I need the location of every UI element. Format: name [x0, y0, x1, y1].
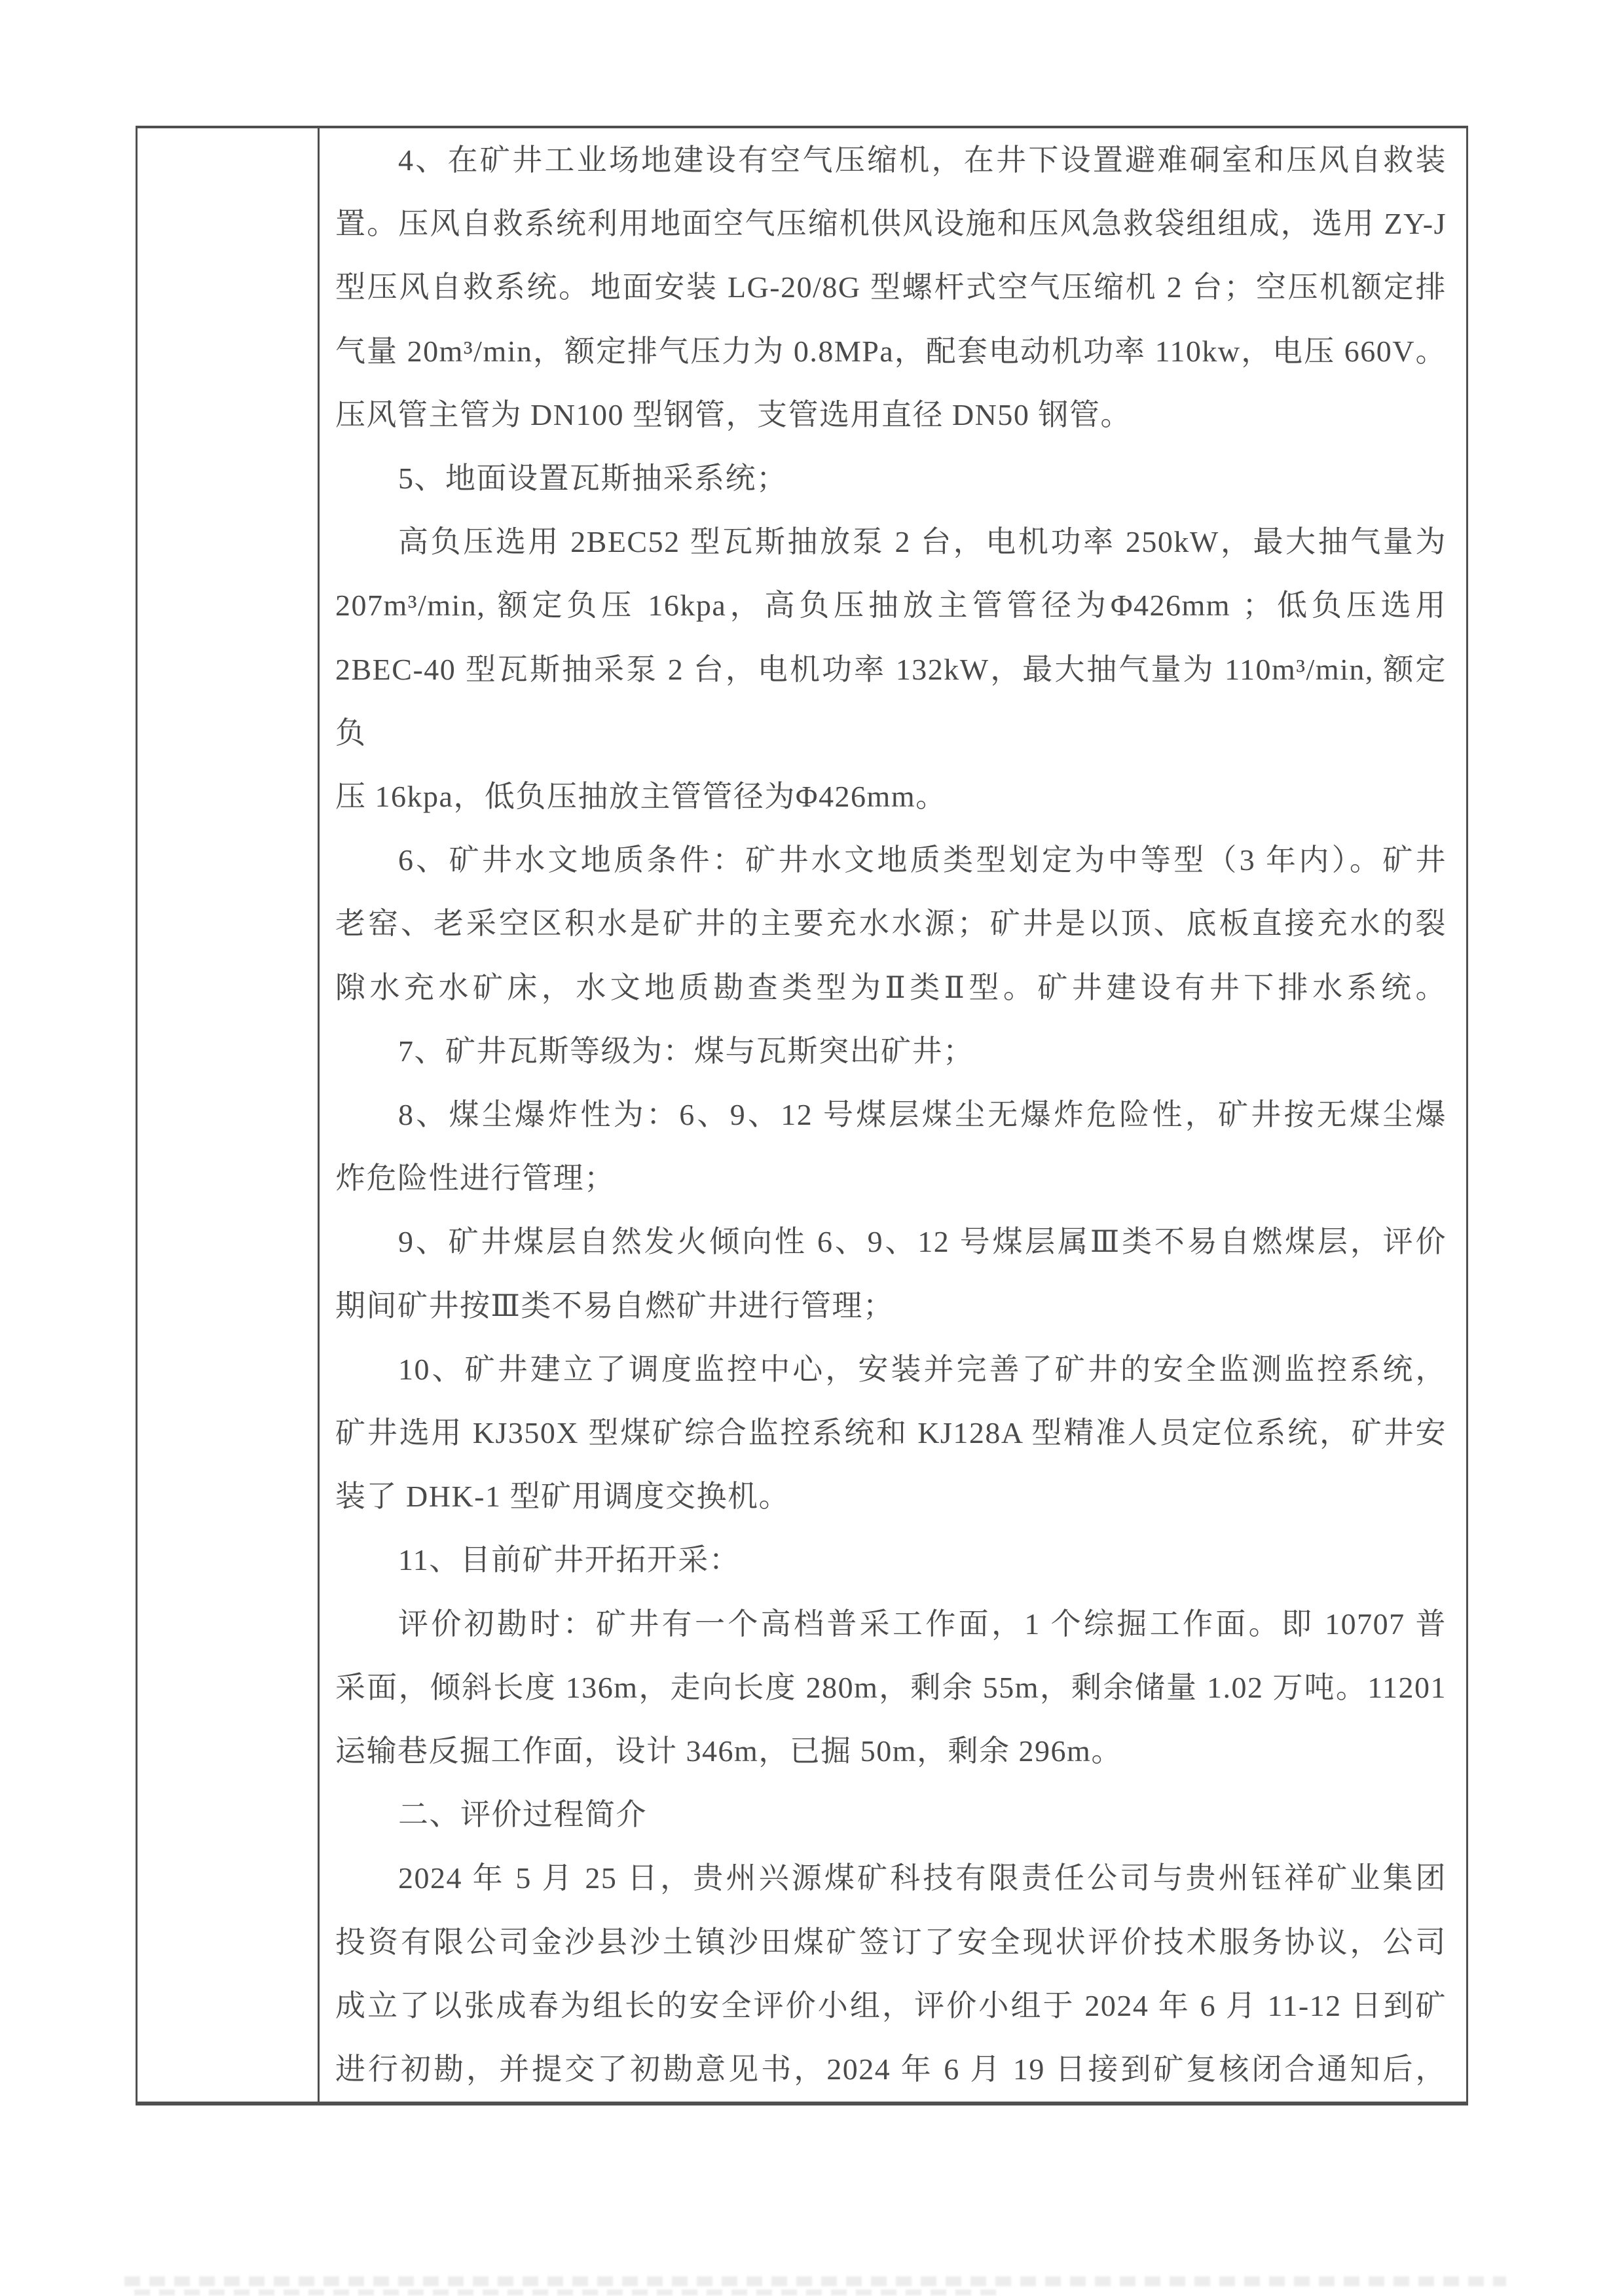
- scanned-document-page: 4、在矿井工业场地建设有空气压缩机，在井下设置避难硐室和压风自救装 置。压风自救…: [0, 0, 1624, 2296]
- text-line: 207m³/min, 额定负压 16kpa，高负压抽放主管管径为Φ426mm ；…: [335, 574, 1447, 637]
- text-line: 隙水充水矿床，水文地质勘查类型为Ⅱ类Ⅱ型。矿井建设有井下排水系统。: [335, 956, 1447, 1019]
- text-line: 6、矿井水文地质条件：矿井水文地质类型划定为中等型（3 年内）。矿井: [335, 828, 1447, 892]
- text-line: 二、评价过程简介: [335, 1783, 1447, 1846]
- text-line: 高负压选用 2BEC52 型瓦斯抽放泵 2 台，电机功率 250kW，最大抽气量…: [335, 510, 1447, 574]
- text-line: 压风管主管为 DN100 型钢管，支管选用直径 DN50 钢管。: [335, 383, 1447, 446]
- text-line: 9、矿井煤层自然发火倾向性 6、9、12 号煤层属Ⅲ类不易自燃煤层，评价: [335, 1210, 1447, 1273]
- row-label-cell: [138, 128, 320, 2102]
- text-line: 2BEC-40 型瓦斯抽采泵 2 台，电机功率 132kW，最大抽气量为 110…: [335, 638, 1447, 765]
- text-line: 7、矿井瓦斯等级为：煤与瓦斯突出矿井；: [335, 1019, 1447, 1083]
- text-line: 采面，倾斜长度 136m，走向长度 280m，剩余 55m，剩余储量 1.02 …: [335, 1656, 1447, 1719]
- text-line: 11、目前矿井开拓开采：: [335, 1528, 1447, 1592]
- text-line: 运输巷反掘工作面，设计 346m，已掘 50m，剩余 296m。: [335, 1719, 1447, 1783]
- text-line: 2024 年 5 月 25 日，贵州兴源煤矿科技有限责任公司与贵州钰祥矿业集团: [335, 1846, 1447, 1910]
- text-line: 评价小组到现场进行了复核，并提交了复查意见书，于 2024 年 6 月 23 日…: [335, 2101, 1447, 2102]
- bleed-through-text: [134, 2289, 999, 2295]
- text-line: 老窑、老采空区积水是矿井的主要充水水源；矿井是以顶、底板直接充水的裂: [335, 892, 1447, 955]
- text-line: 评价初勘时：矿井有一个高档普采工作面，1 个综掘工作面。即 10707 普: [335, 1592, 1447, 1656]
- text-line: 8、煤尘爆炸性为：6、9、12 号煤层煤尘无爆炸危险性，矿井按无煤尘爆: [335, 1083, 1447, 1146]
- text-line: 气量 20m³/min，额定排气压力为 0.8MPa，配套电动机功率 110kw…: [335, 319, 1447, 383]
- text-line: 炸危险性进行管理；: [335, 1146, 1447, 1210]
- text-line: 4、在矿井工业场地建设有空气压缩机，在井下设置避难硐室和压风自救装: [335, 128, 1447, 192]
- text-line: 10、矿井建立了调度监控中心，安装并完善了矿井的安全监测监控系统，: [335, 1338, 1447, 1401]
- bleed-through-text: [124, 2276, 1506, 2286]
- text-line: 矿井选用 KJ350X 型煤矿综合监控系统和 KJ128A 型精准人员定位系统，…: [335, 1401, 1447, 1465]
- text-line: 压 16kpa，低负压抽放主管管径为Φ426mm。: [335, 765, 1447, 828]
- text-line: 置。压风自救系统利用地面空气压缩机供风设施和压风急救袋组组成，选用 ZY-J: [335, 192, 1447, 255]
- text-line: 型压风自救系统。地面安装 LG-20/8G 型螺杆式空气压缩机 2 台；空压机额…: [335, 255, 1447, 319]
- text-line: 投资有限公司金沙县沙土镇沙田煤矿签订了安全现状评价技术服务协议，公司: [335, 1910, 1447, 1974]
- content-cell: 4、在矿井工业场地建设有空气压缩机，在井下设置避难硐室和压风自救装 置。压风自救…: [320, 128, 1466, 2102]
- text-line: 装了 DHK-1 型矿用调度交换机。: [335, 1465, 1447, 1528]
- text-line: 期间矿井按Ⅲ类不易自燃矿井进行管理；: [335, 1274, 1447, 1338]
- text-line: 进行初勘，并提交了初勘意见书，2024 年 6 月 19 日接到矿复核闭合通知后…: [335, 2037, 1447, 2101]
- document-table: 4、在矿井工业场地建设有空气压缩机，在井下设置避难硐室和压风自救装 置。压风自救…: [136, 126, 1468, 2105]
- text-line: 成立了以张成春为组长的安全评价小组，评价小组于 2024 年 6 月 11-12…: [335, 1974, 1447, 2037]
- text-line: 5、地面设置瓦斯抽采系统；: [335, 446, 1447, 510]
